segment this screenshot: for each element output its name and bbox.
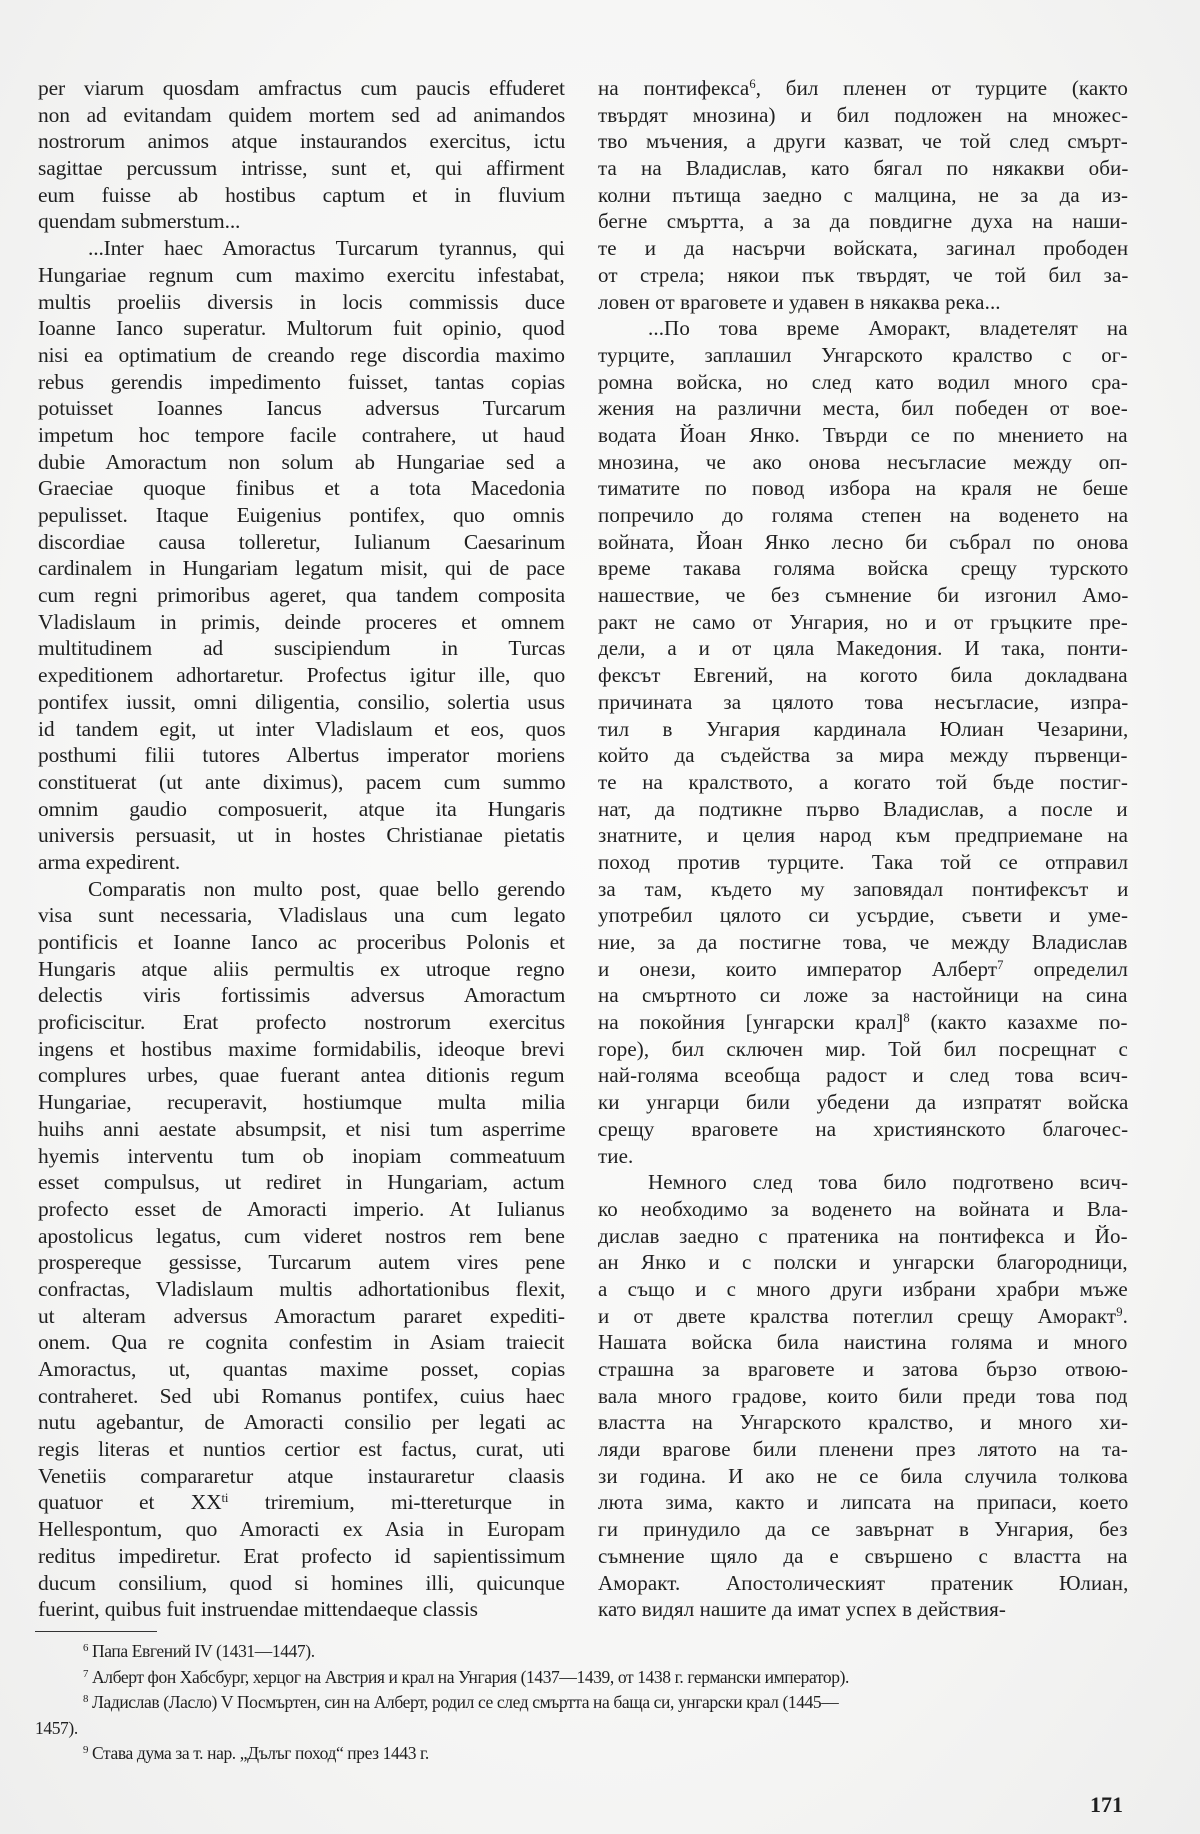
text-line: per viarum quosdam amfractus cum paucis … [38, 75, 565, 102]
text-line: regis literas et nuntios certior est fac… [38, 1436, 565, 1463]
text-line: pepulisset. Itaque Euigenius pontifex, q… [38, 502, 565, 529]
text-line: cardinalem in Hungariam legatum misit, q… [38, 555, 565, 582]
text-line: non ad evitandam quidem mortem sed ad an… [38, 102, 565, 129]
text-line: Нашата войска била наистина голяма и мно… [598, 1329, 1128, 1356]
text-line: тиматите по повод избора на краля не беш… [598, 475, 1128, 502]
text-line: попречило до голяма степен на воденето н… [598, 502, 1128, 529]
text-line: на смъртното си ложе за настойници на си… [598, 982, 1128, 1009]
text-line: onem. Qua re cognita confestim in Asiam … [38, 1329, 565, 1356]
text-line: знатните, и целия народ към предприемане… [598, 822, 1128, 849]
text-line: delectis viris fortissimis adversus Amor… [38, 982, 565, 1009]
text-line: вала много градове, които били преди тов… [598, 1383, 1128, 1410]
text-line: водата Йоан Янко. Твърди се по мнението … [598, 422, 1128, 449]
text-line: Amoractus, ut, quantas maxime posset, co… [38, 1356, 565, 1383]
text-line: pontificis et Ioanne Ianco ac proceribus… [38, 929, 565, 956]
text-line: фексът Евгений, на когото била докладван… [598, 662, 1128, 689]
text-line: войната, Йоан Янко лесно би събрал по он… [598, 529, 1128, 556]
text-line: властта на Унгарското кралство, и много … [598, 1409, 1128, 1436]
text-line: esset compulsus, ut rediret in Hungariam… [38, 1169, 565, 1196]
text-line: discordiae causa tolleretur, Iulianum Ca… [38, 529, 565, 556]
text-line: и онези, които император Алберт7 определ… [598, 956, 1128, 983]
text-line: мнозина, че ако онова несъгласие между о… [598, 449, 1128, 476]
footnotes: 6 Папа Евгений IV (1431—1447). 7 Алберт … [35, 1639, 1135, 1767]
text-line: нашествие, че без съмнение би изгонил Ам… [598, 582, 1128, 609]
text-line: най-голяма всеобща радост и след това вс… [598, 1062, 1128, 1089]
text-line: зи година. И ако не се била случила толк… [598, 1463, 1128, 1490]
footnote-7: 7 Алберт фон Хабсбург, херцог на Австрия… [35, 1665, 1135, 1691]
text-line: ки унгарци били убедени да изпратят войс… [598, 1089, 1128, 1116]
text-line: pontifex iussit, omni diligentia, consil… [38, 689, 565, 716]
text-line: Hungaris atque aliis permultis ex utroqu… [38, 956, 565, 983]
text-line: те на кралството, а когато той бъде пост… [598, 769, 1128, 796]
text-line: ingens et hostibus maxime formidabilis, … [38, 1036, 565, 1063]
text-line: ...Inter haec Amoractus Turcarum tyrannu… [38, 235, 565, 262]
text-line: нат, да подтикне първо Владислав, а посл… [598, 796, 1128, 823]
text-line: време такава голяма войска срещу турскот… [598, 555, 1128, 582]
text-line: и от двете кралства потеглил срещу Амора… [598, 1303, 1128, 1330]
text-line: от стрела; някои пък твърдят, че той бил… [598, 262, 1128, 289]
text-line: твърдят мнозина) и бил подложен на множе… [598, 102, 1128, 129]
text-line: quatuor et XXti triremium, mi-ttereturqu… [38, 1489, 565, 1516]
text-line: ан Янко и с полски и унгарски благородни… [598, 1249, 1128, 1276]
text-line: на покойния [унгарски крал]8 (както каза… [598, 1009, 1128, 1036]
text-line: nutu agebantur, de Amoracti consilio per… [38, 1409, 565, 1436]
text-line: profecto esset de Amoracti imperio. At I… [38, 1196, 565, 1223]
text-line: potuisset Ioannes Iancus adversus Turcar… [38, 395, 565, 422]
text-line: Graeciae quoque finibus et a tota Macedo… [38, 475, 565, 502]
text-line: Аморакт. Апостолическият пратеник Юлиан, [598, 1570, 1128, 1597]
text-line: Venetiis compararetur atque instauraretu… [38, 1463, 565, 1490]
text-line: ducum consilium, quod si homines illi, q… [38, 1570, 565, 1597]
latin-text-column: per viarum quosdam amfractus cum paucis … [38, 75, 565, 1623]
text-line: Немного след това било подготвено всич- [598, 1169, 1128, 1196]
text-line: за там, където му заповядал понтифексът … [598, 876, 1128, 903]
text-line: cum regni primoribus ageret, qua tandem … [38, 582, 565, 609]
text-line: ракт не само от Унгария, но и от гръцкит… [598, 609, 1128, 636]
footnote-8: 8 Ладислав (Ласло) V Посмъртен, син на А… [35, 1690, 1135, 1716]
text-line: турците, заплашил Унгарското кралство с … [598, 342, 1128, 369]
text-line: горе), бил сключен мир. Той бил посрещна… [598, 1036, 1128, 1063]
text-line: omnim gaudio composuerit, atque ita Hung… [38, 796, 565, 823]
text-line: apostolicus legatus, cum videret nostros… [38, 1223, 565, 1250]
footnote-8-continuation: 1457). [35, 1716, 1135, 1742]
text-line: constituerat (ut ante diximus), pacem cu… [38, 769, 565, 796]
text-line: multitudinem ad suscipiendum in Turcas [38, 635, 565, 662]
text-line: поход против турците. Така той се отправ… [598, 849, 1128, 876]
text-line: на понтифекса6, бил пленен от турците (к… [598, 75, 1128, 102]
text-line: universis persuasit, ut in hostes Christ… [38, 822, 565, 849]
text-line: ляди врагове били пленени през лятото на… [598, 1436, 1128, 1463]
text-line: confractas, Vladislaum multis adhortatio… [38, 1276, 565, 1303]
text-line: hyemis interventu tum ob inopiam commeat… [38, 1143, 565, 1170]
text-line: причината за цялото това несъгласие, изп… [598, 689, 1128, 716]
text-line: posthumi filii tutores Albertus imperato… [38, 742, 565, 769]
text-line: contraheret. Sed ubi Romanus pontifex, c… [38, 1383, 565, 1410]
text-line: ловен от враговете и удавен в някаква ре… [598, 289, 1128, 316]
text-line: дели, а и от цяла Македония. И така, пон… [598, 635, 1128, 662]
text-line: като видял нашите да имат успех в действ… [598, 1596, 1128, 1623]
text-line: ко необходимо за воденето на войната и В… [598, 1196, 1128, 1223]
text-line: страшна за враговете и затова бързо отво… [598, 1356, 1128, 1383]
text-line: дислав заедно с пратеника на понтифекса … [598, 1223, 1128, 1250]
text-line: ...По това време Аморакт, владетелят на [598, 315, 1128, 342]
text-line: тие. [598, 1143, 1128, 1170]
text-line: те и да насърчи войската, загинал пробод… [598, 235, 1128, 262]
text-line: quendam submerstum... [38, 208, 565, 235]
text-line: колни пътища заедно с малцина, не за да … [598, 182, 1128, 209]
text-line: ромна войска, но след като водил много с… [598, 369, 1128, 396]
text-line: rebus gerendis impedimento fuisset, tant… [38, 369, 565, 396]
footnote-separator [35, 1631, 157, 1632]
bulgarian-translation-column: на понтифекса6, бил пленен от турците (к… [598, 75, 1128, 1623]
text-line: употребил цялото си усърдие, съвети и ум… [598, 902, 1128, 929]
text-line: multis proeliis diversis in locis commis… [38, 289, 565, 316]
text-line: съмнение щяло да е свършено с властта на [598, 1543, 1128, 1570]
text-line: жения на различни места, бил победен от … [598, 395, 1128, 422]
text-line: huihs anni aestate absumpsit, et nisi tu… [38, 1116, 565, 1143]
text-line: срещу враговете на християнското благоче… [598, 1116, 1128, 1143]
text-line: тил в Унгария кардинала Юлиан Чезарини, [598, 716, 1128, 743]
text-line: sagittae percussum intrisse, sunt et, qu… [38, 155, 565, 182]
text-line: люта зима, както и липсата на припаси, к… [598, 1489, 1128, 1516]
text-line: бегне смъртта, а за да повдигне духа на … [598, 208, 1128, 235]
text-line: arma expedirent. [38, 849, 565, 876]
footnote-9: 9 Става дума за т. нар. „Дълъг поход“ пр… [35, 1741, 1135, 1767]
text-line: ut alteram adversus Amoractum pararet ex… [38, 1303, 565, 1330]
document-page: per viarum quosdam amfractus cum paucis … [0, 0, 1200, 1834]
text-line: impetum hoc tempore facile contrahere, u… [38, 422, 565, 449]
text-line: който да съдейства за мира между първенц… [598, 742, 1128, 769]
text-line: nostrorum animos atque instaurandos exer… [38, 128, 565, 155]
text-line: reditus impediretur. Erat profecto id sa… [38, 1543, 565, 1570]
text-line: та на Владислав, като бягал по някакви о… [598, 155, 1128, 182]
text-line: тво мъчения, а други казват, че той след… [598, 128, 1128, 155]
text-line: complures urbes, quae fuerant antea diti… [38, 1062, 565, 1089]
text-line: dubie Amoractum non solum ab Hungariae s… [38, 449, 565, 476]
text-line: Comparatis non multo post, quae bello ge… [38, 876, 565, 903]
text-line: Hungariae regnum cum maximo exercitu inf… [38, 262, 565, 289]
text-line: prospereque gessisse, Turcarum autem vir… [38, 1249, 565, 1276]
text-line: ние, за да постигне това, че между Влади… [598, 929, 1128, 956]
text-line: proficiscitur. Erat profecto nostrorum e… [38, 1009, 565, 1036]
text-line: ги принудило да се завърнат в Унгария, б… [598, 1516, 1128, 1543]
text-line: а също и с много други избрани храбри мъ… [598, 1276, 1128, 1303]
text-line: eum fuisse ab hostibus captum et in fluv… [38, 182, 565, 209]
page-number: 171 [1090, 1792, 1123, 1818]
text-line: Hellespontum, quo Amoracti ex Asia in Eu… [38, 1516, 565, 1543]
text-line: fuerint, quibus fuit instruendae mittend… [38, 1596, 565, 1623]
text-line: Ioanne Ianco superatur. Multorum fuit op… [38, 315, 565, 342]
text-line: Hungariae, recuperavit, hostiumque multa… [38, 1089, 565, 1116]
text-line: Vladislaum in primis, deinde proceres et… [38, 609, 565, 636]
text-line: nisi ea optimatium de creando rege disco… [38, 342, 565, 369]
text-line: visa sunt necessaria, Vladislaus una cum… [38, 902, 565, 929]
text-line: expeditionem adhortaretur. Profectus igi… [38, 662, 565, 689]
text-line: id tandem egit, ut inter Vladislaum et e… [38, 716, 565, 743]
footnote-6: 6 Папа Евгений IV (1431—1447). [35, 1639, 1135, 1665]
